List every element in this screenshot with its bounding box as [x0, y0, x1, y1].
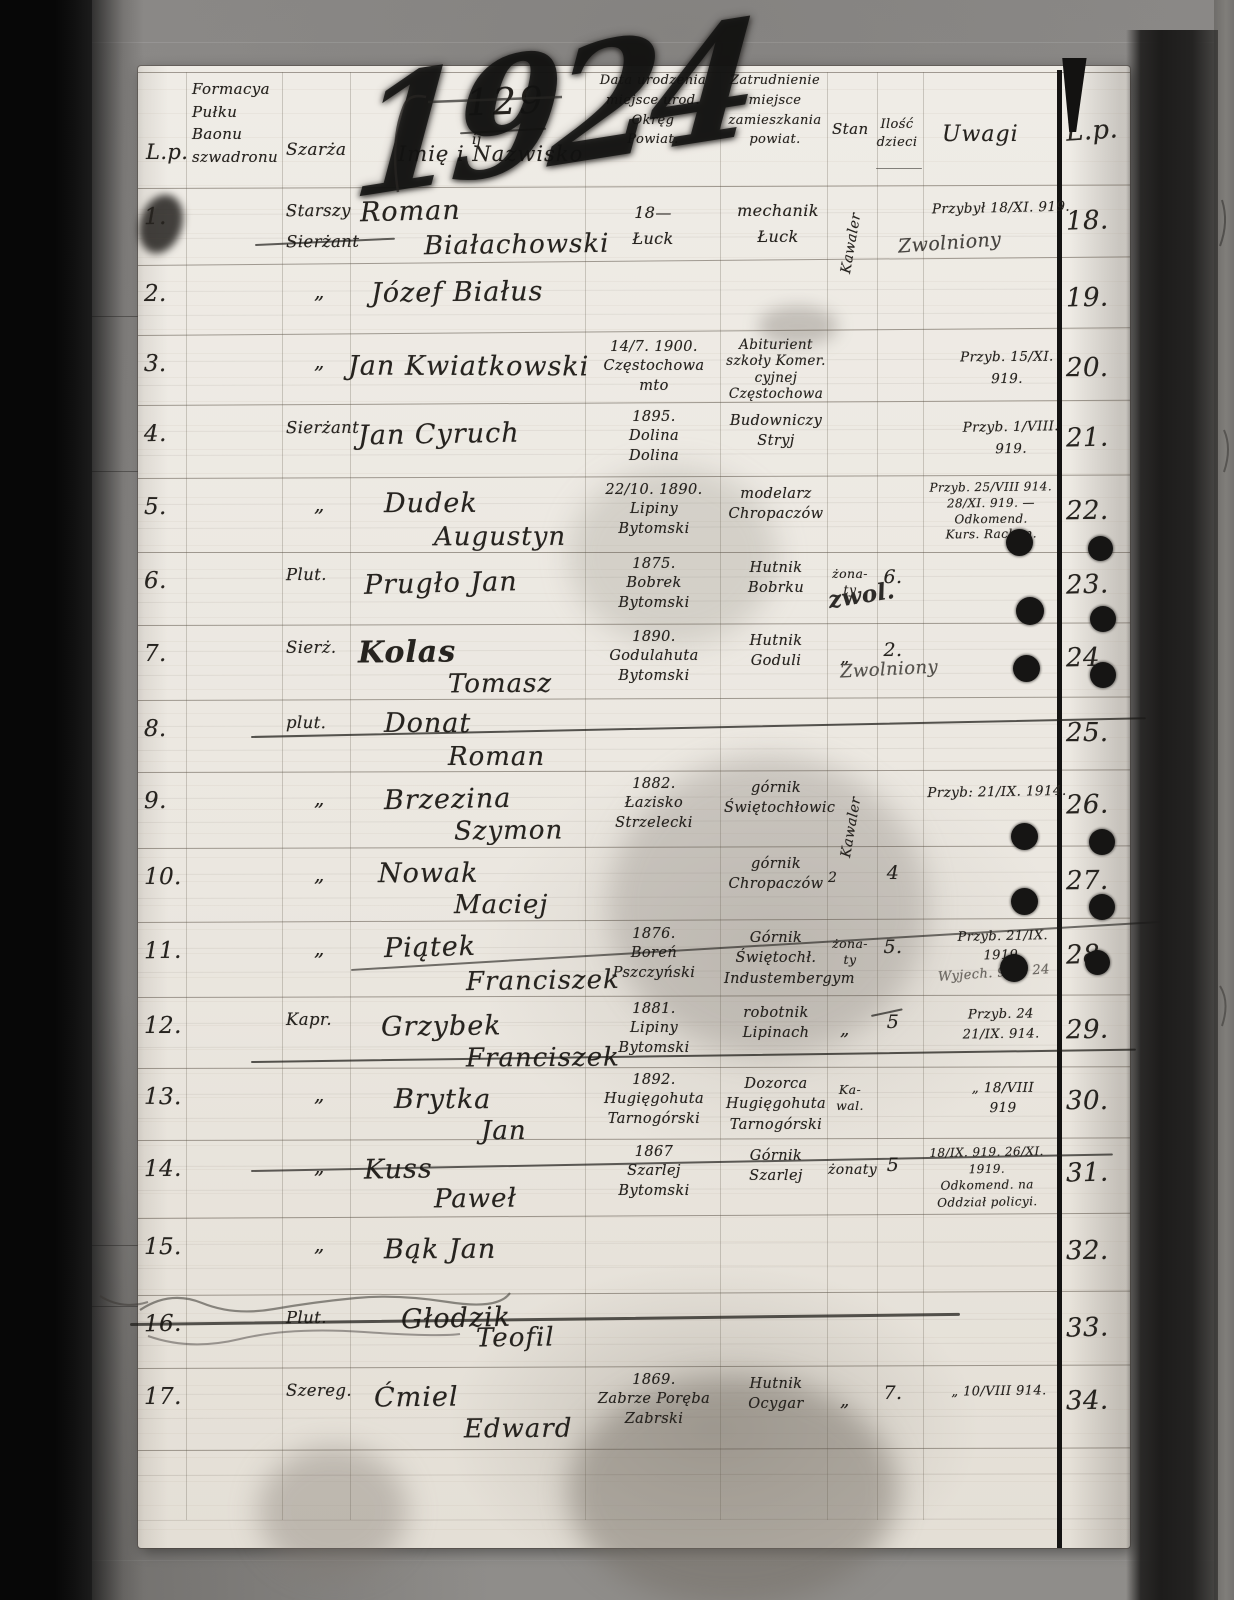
row-birth: 1867 Szarlej Bytomski — [588, 1143, 720, 1201]
row-birth: 1890. Godulahuta Bytomski — [588, 628, 720, 686]
punch-hole — [1011, 888, 1038, 915]
header-status: Stan — [832, 120, 869, 138]
row-occupation: modelarz Chropaczów — [724, 484, 828, 525]
row-name-2: Augustyn — [434, 522, 566, 552]
row-name-2: Roman — [448, 742, 545, 772]
row-occupation: górnik Chropaczów — [724, 854, 828, 895]
table-row-line — [138, 327, 1130, 336]
row-status: Kawaler — [838, 212, 864, 275]
row-status: żonaty — [828, 1162, 877, 1178]
row-remarks: Przybył 18/XI. 919. — [928, 197, 1074, 220]
table-row-line — [138, 748, 1057, 751]
row-occupation: Górnik Szarlej — [724, 1146, 828, 1187]
punch-hole — [1090, 606, 1116, 632]
row-rank-ditto: „ — [314, 1082, 325, 1106]
row-birth: 1892. Hugięgohuta Tarnogórski — [588, 1071, 720, 1129]
row-rank: Sierżant — [286, 413, 359, 444]
row-rank-ditto: „ — [314, 279, 325, 303]
row-status: 2 — [828, 870, 837, 886]
row-occupation: Dozorca Hugięgohuta Tarnogórski — [724, 1074, 828, 1135]
row-num: 4. — [144, 421, 167, 447]
row-num: 14. — [144, 1156, 182, 1182]
book-gutter-shadow — [1126, 30, 1218, 1600]
table-row-line — [138, 1291, 1130, 1296]
row-num: 7. — [144, 641, 167, 667]
table-row-line — [138, 769, 1130, 773]
row-name-2: Jan — [481, 1116, 527, 1146]
row-num-right: 31. — [1066, 1157, 1109, 1188]
row-occupation: Hutnik Ocygar — [724, 1374, 828, 1415]
row-birth: 18— Łuck — [598, 200, 708, 251]
row-num: 10. — [144, 864, 182, 890]
table-row-line — [138, 1213, 1130, 1219]
row-name: Prugło Jan — [364, 566, 518, 601]
row-name: Grzybek — [381, 1010, 502, 1042]
row-name: Dudek — [384, 488, 478, 519]
row-rank-ditto: „ — [314, 786, 325, 810]
film-border-fade — [92, 0, 144, 1600]
punch-hole — [1089, 829, 1115, 855]
table-row-line — [138, 289, 1057, 292]
row-children: 4 — [872, 862, 914, 884]
table-column-line — [585, 72, 586, 1520]
punch-hole — [1088, 536, 1113, 561]
row-occupation: Hutnik Bobrku — [724, 558, 828, 599]
row-occupation: Budowniczy Stryj — [724, 411, 828, 452]
row-num: 12. — [144, 1013, 182, 1039]
row-name: Jan Cyruch — [358, 418, 520, 452]
table-column-line — [186, 72, 187, 1520]
row-num-right: 27. — [1066, 866, 1109, 896]
row-occupation: Górnik Świętochł. Industembergym — [724, 928, 828, 989]
row-num-right: 29. — [1066, 1015, 1109, 1046]
row-num-right: 30. — [1066, 1086, 1109, 1116]
row-rank-ditto: „ — [314, 936, 325, 960]
table-row-line — [138, 1343, 1057, 1346]
row-name-2: Tomasz — [448, 669, 552, 700]
table-row-line — [138, 697, 1130, 701]
table-row-line — [138, 1266, 1057, 1269]
row-name: Kolas — [358, 634, 457, 670]
row-rank-ditto: „ — [314, 1154, 325, 1178]
paper-stain — [258, 1446, 408, 1576]
table-column-line — [877, 72, 878, 1520]
row-name: Nowak — [378, 858, 479, 889]
row-remarks: Przyb: 21/IX. 1914. — [924, 781, 1070, 804]
row-children: 5. — [872, 936, 914, 958]
row-remarks: Przyb. 15/XI. 919. — [934, 346, 1080, 390]
punch-hole — [1000, 954, 1028, 982]
table-row-line — [138, 994, 1130, 998]
row-name: Brzezina — [384, 783, 512, 816]
table-row-line — [138, 256, 1130, 266]
header-formation: Formacya Pułku Baonu szwadronu — [192, 78, 278, 168]
row-remarks: Przyb. 24 21/IX. 914. — [928, 1004, 1075, 1045]
punch-hole — [1016, 597, 1044, 625]
row-rank: Szereg. — [286, 1376, 352, 1407]
row-name-2: Szymon — [454, 815, 564, 846]
row-occupation: robotnik Lipinach — [724, 1003, 828, 1044]
row-name-2: Białachowski — [424, 229, 610, 262]
row-birth: 1882. Łazisko Strzelecki — [588, 775, 720, 833]
row-num: 9. — [144, 788, 167, 814]
page-right-border — [1057, 70, 1062, 1548]
row-occupation: górnik Świętochłowic — [724, 778, 828, 819]
table-row-line — [138, 552, 1130, 553]
row-num: 11. — [144, 938, 182, 965]
row-num-right: 26. — [1066, 789, 1109, 820]
table-row-line — [138, 1137, 1130, 1141]
row-birth: 1895. Dolina Dolina — [588, 408, 720, 466]
row-birth: 14/7. 1900. Częstochowa mto — [588, 338, 720, 396]
row-remarks: Przyb. 1/VIII. 919. — [938, 416, 1085, 462]
header-rank: Szarża — [286, 140, 346, 160]
row-num: 15. — [144, 1234, 182, 1260]
row-birth: 22/10. 1890. Lipiny Bytomski — [588, 481, 720, 539]
row-children: 7. — [872, 1382, 914, 1404]
row-num: 17. — [144, 1384, 182, 1410]
row-name-2: Paweł — [434, 1184, 517, 1215]
row-num-right: 19. — [1066, 283, 1109, 314]
row-num: 6. — [144, 568, 167, 594]
row-num: 13. — [144, 1084, 182, 1111]
film-border — [0, 0, 92, 1600]
row-name: Brytka — [394, 1084, 491, 1115]
row-name: Piątek — [384, 931, 477, 964]
row-num: 1. — [144, 204, 167, 230]
row-rank-ditto: „ — [314, 1232, 325, 1256]
row-num: 2. — [144, 281, 167, 307]
row-rank: Plut. — [286, 560, 327, 591]
table-column-line — [720, 72, 721, 1520]
row-num-right: 22. — [1066, 496, 1109, 526]
row-name-2: Maciej — [454, 890, 549, 920]
row-occupation: Hutnik Goduli — [724, 631, 828, 672]
row-num: 8. — [144, 716, 167, 742]
punch-hole — [1085, 950, 1110, 975]
row-rank-ditto: „ — [314, 492, 325, 516]
register-page: L.p. Formacya Pułku Baonu szwadronu Szar… — [138, 66, 1130, 1548]
header-remarks: Uwagi — [942, 122, 1019, 147]
row-status-ditto: „ — [840, 1390, 850, 1411]
row-name: Józef Białus — [371, 276, 544, 309]
microfilm-scan: L.p. Formacya Pułku Baonu szwadronu Szar… — [0, 0, 1234, 1600]
row-rank-ditto: „ — [314, 349, 325, 373]
table-row-line — [138, 313, 1057, 316]
row-status-ditto: „ — [840, 1019, 850, 1040]
row-occupation: Abiturient szkoły Komer. cyjnej Częstoch… — [724, 337, 828, 403]
table-row-line — [138, 1365, 1130, 1369]
row-num-right: 21. — [1066, 422, 1109, 453]
table-row-line — [138, 1242, 1057, 1245]
table-row-line — [138, 1066, 1130, 1069]
punch-hole — [1090, 662, 1116, 688]
row-num: 3. — [144, 351, 167, 377]
row-num-right: 20. — [1066, 353, 1109, 383]
table-column-line — [350, 72, 351, 1520]
row-remarks: 18/IX. 919. 26/XI. 1919. Odkomend. na Od… — [913, 1143, 1060, 1212]
header-lp-left: L.p. — [146, 140, 188, 164]
row-name-2: Teofil — [476, 1322, 555, 1353]
punch-hole — [1006, 529, 1033, 556]
punch-hole — [1089, 894, 1115, 920]
row-name: Ćmiel — [374, 1382, 459, 1414]
row-num-right: 32. — [1066, 1236, 1109, 1266]
table-column-line — [282, 72, 283, 1520]
row-num-right: 18. — [1066, 205, 1109, 236]
row-num-right: 25. — [1066, 718, 1109, 748]
row-num-right: 34. — [1066, 1386, 1109, 1417]
row-num-right: 23. — [1066, 569, 1109, 600]
row-birth: 1875. Bobrek Bytomski — [588, 555, 720, 613]
row-remarks: „ 18/VIII 919 — [930, 1077, 1076, 1119]
row-name: Jan Kwiatkowski — [348, 351, 589, 383]
row-status: Ka- wal. — [826, 1082, 874, 1113]
row-rank: Kapr. — [286, 1005, 332, 1036]
row-rank: Sierż. — [286, 633, 337, 664]
row-num-right: 33. — [1066, 1312, 1109, 1343]
row-num: 5. — [144, 494, 167, 520]
row-birth: 1881. Lipiny Bytomski — [588, 1000, 720, 1058]
table-row-line — [138, 724, 1057, 727]
row-remarks-pencil: Zwolniony — [897, 228, 1002, 257]
punch-hole — [1013, 655, 1040, 682]
row-name-2: Edward — [464, 1414, 573, 1445]
header-children-underline — [876, 168, 922, 169]
header-children: Ilość dzieci — [874, 116, 920, 151]
row-remarks: Przyb. 25/VIII 914. 28/XI. 919. — Odkome… — [918, 479, 1065, 544]
punch-hole — [1011, 823, 1038, 850]
row-rank-ditto: „ — [314, 862, 325, 886]
row-occupation: mechanik Łuck — [728, 198, 828, 249]
row-birth: 1869. Zabrze Poręba Zabrski — [588, 1371, 720, 1429]
row-remarks: „ 10/VIII 914. — [926, 1381, 1072, 1403]
row-rank: Plut. — [286, 1303, 327, 1334]
row-name: Bąk Jan — [384, 1234, 496, 1265]
table-row-line — [138, 400, 1130, 406]
